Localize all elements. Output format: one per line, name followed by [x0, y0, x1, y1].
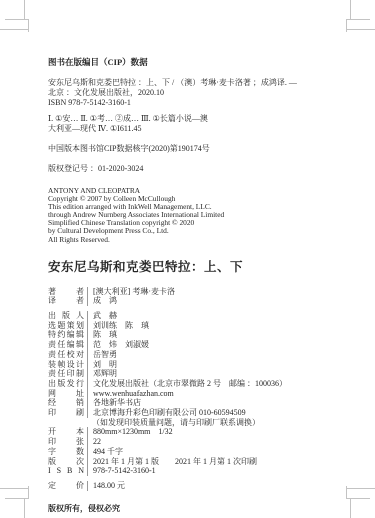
crop-mark-top-left: [0, 0, 32, 32]
credit-label: 开 本: [48, 427, 88, 437]
contract-editor-row: 特约编辑陈 瑱: [48, 330, 334, 340]
designer-row: 装帧设计刘 明: [48, 360, 334, 370]
printer-row: 印 刷北京博海升彩色印刷有限公司 010-60594509: [48, 408, 334, 418]
credit-value: （如发现印装质量问题，请与印刷厂联系调换）: [92, 418, 334, 428]
credit-label: 网 址: [48, 389, 88, 399]
crop-mark-top-right: [343, 0, 375, 32]
cip-archive-number: 中国版本图书馆CIP数据核字(2020)第190174号: [48, 143, 334, 154]
credit-value: 邓辉明: [93, 369, 334, 379]
credit-label: 版 次: [48, 457, 88, 467]
author-row: 著 者[澳大利亚] 考琳·麦卡洛: [48, 287, 334, 297]
credit-value: 148.00 元: [93, 481, 334, 491]
credit-label: 字 数: [48, 447, 88, 457]
cip-record: 安东尼乌斯和克娄巴特拉 ：上、下 / （澳）考琳·麦卡洛著 ；成鸿译. — 北京…: [48, 78, 334, 107]
publisher-row: 出版发行文化发展出版社（北京市翠微路 2 号 邮编 ：100036）: [48, 379, 334, 389]
copyright-registration-number: 版权登记号 ：01-2020-3024: [48, 163, 334, 174]
credit-value: 北京博海升彩色印刷有限公司 010-60594509: [93, 408, 334, 418]
responsible-editor-row: 责任编辑范 炜 刘淑媛: [48, 340, 334, 350]
cip-classification-line: 大利亚—现代 Ⅳ. ①I611.45: [48, 124, 334, 134]
credit-label: 定 价: [48, 481, 88, 491]
credit-value: 978-7-5142-3160-1: [93, 466, 334, 476]
credit-label: 责任校对: [48, 350, 88, 360]
credit-label: 译 者: [48, 296, 88, 306]
price-row: 定 价148.00 元: [48, 481, 334, 491]
credit-value: 各地新华书店: [93, 398, 334, 408]
credit-value: 岳智勇: [93, 350, 334, 360]
credit-label: 责任印制: [48, 369, 88, 379]
credit-label: 出 版 人: [48, 311, 88, 321]
rights-notice: 版权所有，侵权必究: [48, 503, 334, 514]
credit-label: 印 张: [48, 437, 88, 447]
page-content: 图书在版编目（CIP）数据 安东尼乌斯和克娄巴特拉 ：上、下 / （澳）考琳·麦…: [48, 56, 334, 518]
isbn-row: I S B N978-7-5142-3160-1: [48, 466, 334, 476]
credit-label: 选题策划: [48, 321, 88, 331]
publisher-person-row: 出 版 人武 赫: [48, 311, 334, 321]
credit-value: 陈 瑱: [93, 330, 334, 340]
english-copyright-line: All Rights Reserved.: [48, 236, 334, 244]
credit-value: 文化发展出版社（北京市翠微路 2 号 邮编 ：100036）: [93, 379, 334, 389]
credit-label: 装帧设计: [48, 360, 88, 370]
sheets-row: 印 张22: [48, 437, 334, 447]
translator-row: 译 者成 鸿: [48, 296, 334, 306]
print-supervisor-row: 责任印制邓辉明: [48, 369, 334, 379]
credit-value: 范 炜 刘淑媛: [93, 340, 334, 350]
book-title: 安东尼乌斯和克娄巴特拉：上、下: [48, 257, 334, 275]
credit-value: 成 鸿: [93, 296, 334, 306]
credit-label: 著 者: [48, 287, 88, 297]
credit-label: 经 销: [48, 398, 88, 408]
credit-value: 494 千字: [93, 447, 334, 457]
credit-label: 特约编辑: [48, 330, 88, 340]
topic-planning-row: 选题策划刘训练 陈 瑱: [48, 321, 334, 331]
crop-mark-bottom-right: [343, 486, 375, 518]
english-copyright-block: ANTONY AND CLEOPATRA Copyright © 2007 by…: [48, 187, 334, 244]
cip-classification: Ⅰ. ①安… Ⅱ. ①考… ②成… Ⅲ. ①长篇小说—澳 大利亚—现代 Ⅳ. ①…: [48, 114, 334, 134]
proofreader-row: 责任校对岳智勇: [48, 350, 334, 360]
credit-value: 22: [93, 437, 334, 447]
printer-note-row: （如发现印装质量问题，请与印刷厂联系调换）: [48, 418, 334, 428]
credit-label: 责任编辑: [48, 340, 88, 350]
credits-list: 著 者[澳大利亚] 考琳·麦卡洛译 者成 鸿出 版 人武 赫选题策划刘训练 陈 …: [48, 287, 334, 491]
credit-label: I S B N: [48, 466, 88, 476]
format-row: 开 本880mm×1230mm 1/32: [48, 427, 334, 437]
credit-value: [澳大利亚] 考琳·麦卡洛: [93, 287, 334, 297]
credit-value: 武 赫: [93, 311, 334, 321]
cip-classification-line: Ⅰ. ①安… Ⅱ. ①考… ②成… Ⅲ. ①长篇小说—澳: [48, 114, 334, 124]
crop-mark-bottom-left: [0, 486, 32, 518]
copyright-page: 图书在版编目（CIP）数据 安东尼乌斯和克娄巴特拉 ：上、下 / （澳）考琳·麦…: [0, 0, 375, 518]
website-row: 网 址www.wenhuafazhan.com: [48, 389, 334, 399]
cip-record-line: ISBN 978-7-5142-3160-1: [48, 98, 334, 108]
credit-value: www.wenhuafazhan.com: [93, 389, 334, 399]
edition-row: 版 次2021 年 1 月第 1 版 2021 年 1 月第 1 次印刷: [48, 457, 334, 467]
credit-value: 880mm×1230mm 1/32: [93, 427, 334, 437]
credit-value: 刘 明: [93, 360, 334, 370]
credit-value: 刘训练 陈 瑱: [93, 321, 334, 331]
cip-header: 图书在版编目（CIP）数据: [48, 56, 334, 68]
cip-record-line: 北京 ：文化发展出版社，2020.10: [48, 88, 334, 98]
distribution-row: 经 销各地新华书店: [48, 398, 334, 408]
word-count-row: 字 数494 千字: [48, 447, 334, 457]
credit-label: 印 刷: [48, 408, 88, 418]
credit-label: 出版发行: [48, 379, 88, 389]
credit-value: 2021 年 1 月第 1 版 2021 年 1 月第 1 次印刷: [93, 457, 334, 467]
cip-record-line: 安东尼乌斯和克娄巴特拉 ：上、下 / （澳）考琳·麦卡洛著 ；成鸿译. —: [48, 78, 334, 88]
